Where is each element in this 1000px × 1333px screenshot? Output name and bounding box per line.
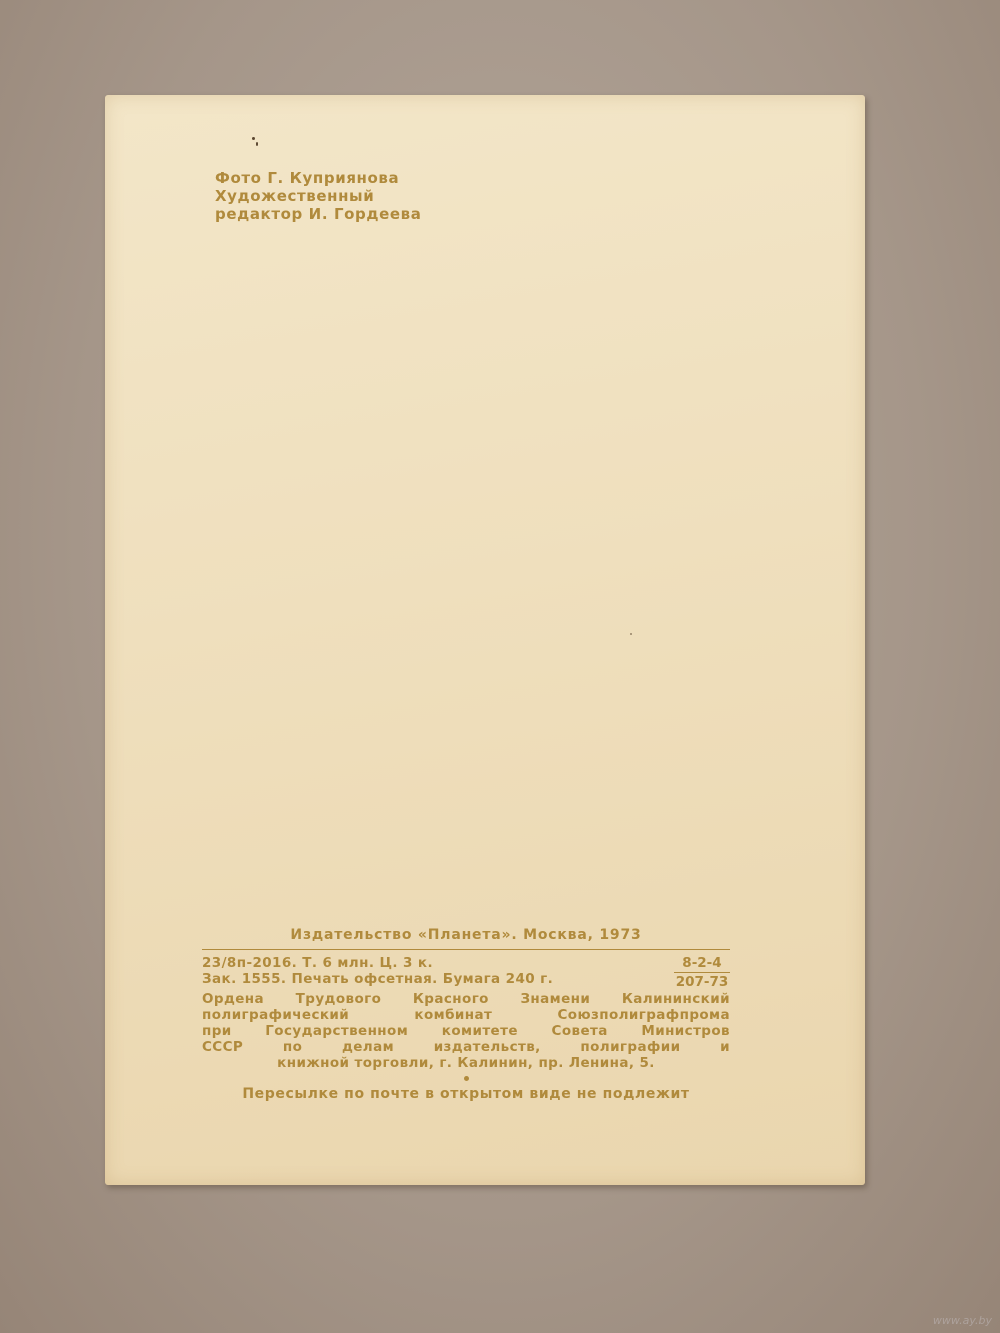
credit-art-editor-title: Художественный bbox=[215, 187, 421, 205]
credit-photographer: Фото Г. Куприянова bbox=[215, 169, 421, 187]
order-line: Зак. 1555. Печать офсетная. Бумага 240 г… bbox=[202, 971, 553, 987]
printer-word: Министров bbox=[641, 1023, 730, 1039]
printer-word: СССР bbox=[202, 1039, 243, 1055]
index-fraction: 8-2-4 207-73 bbox=[674, 955, 730, 990]
printer-line: приГосударственномкомитетеСоветаМинистро… bbox=[202, 1023, 730, 1039]
printer-word: издательств, bbox=[434, 1039, 541, 1055]
printer-word: при bbox=[202, 1023, 232, 1039]
printer-word: полиграфический bbox=[202, 1007, 349, 1023]
printer-line: книжной торговли, г. Калинин, пр. Ленина… bbox=[202, 1055, 730, 1071]
printer-line: полиграфическийкомбинатСоюзполиграфпрома bbox=[202, 1007, 730, 1023]
printer-word: Союзполиграфпрома bbox=[557, 1007, 730, 1023]
printer-word: Государственном bbox=[265, 1023, 408, 1039]
printer-word: комбинат bbox=[414, 1007, 492, 1023]
printer-word: делам bbox=[342, 1039, 394, 1055]
credit-art-editor-name: редактор И. Гордеева bbox=[215, 205, 421, 223]
printer-word: Совета bbox=[552, 1023, 608, 1039]
printer-word: полиграфии bbox=[580, 1039, 680, 1055]
paper-speck bbox=[256, 142, 258, 146]
printer-info: ОрденаТрудовогоКрасногоЗнамениКалинински… bbox=[202, 991, 730, 1071]
paper-speck bbox=[630, 633, 632, 635]
print-run-line: 23/8п-2016. Т. 6 млн. Ц. 3 к. bbox=[202, 955, 553, 971]
printer-word: Знамени bbox=[520, 991, 590, 1007]
printer-word: Трудового bbox=[296, 991, 382, 1007]
printer-word: Ордена bbox=[202, 991, 264, 1007]
index-denominator: 207-73 bbox=[674, 973, 730, 990]
publisher-imprint: Издательство «Планета». Москва, 1973 23/… bbox=[202, 927, 730, 1102]
printer-line: СССРподеламиздательств,полиграфиии bbox=[202, 1039, 730, 1055]
postal-notice: Пересылке по почте в открытом виде не по… bbox=[202, 1086, 730, 1102]
watermark: www.ay.by bbox=[933, 1314, 992, 1327]
paper-speck bbox=[252, 137, 255, 140]
publisher-line: Издательство «Планета». Москва, 1973 bbox=[202, 927, 730, 950]
printer-word: комитете bbox=[442, 1023, 518, 1039]
separator-dot bbox=[464, 1076, 469, 1081]
printer-word: Красного bbox=[413, 991, 489, 1007]
printer-line: ОрденаТрудовогоКрасногоЗнамениКалинински… bbox=[202, 991, 730, 1007]
printer-word: и bbox=[720, 1039, 730, 1055]
printer-word: по bbox=[283, 1039, 302, 1055]
postcard-back: Фото Г. Куприянова Художественный редакт… bbox=[105, 95, 865, 1185]
printer-word: книжной торговли, г. Калинин, пр. Ленина… bbox=[277, 1055, 655, 1071]
print-metadata: 23/8п-2016. Т. 6 млн. Ц. 3 к. Зак. 1555.… bbox=[202, 955, 730, 990]
index-numerator: 8-2-4 bbox=[674, 955, 730, 973]
printer-word: Калининский bbox=[622, 991, 730, 1007]
photo-credits: Фото Г. Куприянова Художественный редакт… bbox=[215, 169, 421, 223]
